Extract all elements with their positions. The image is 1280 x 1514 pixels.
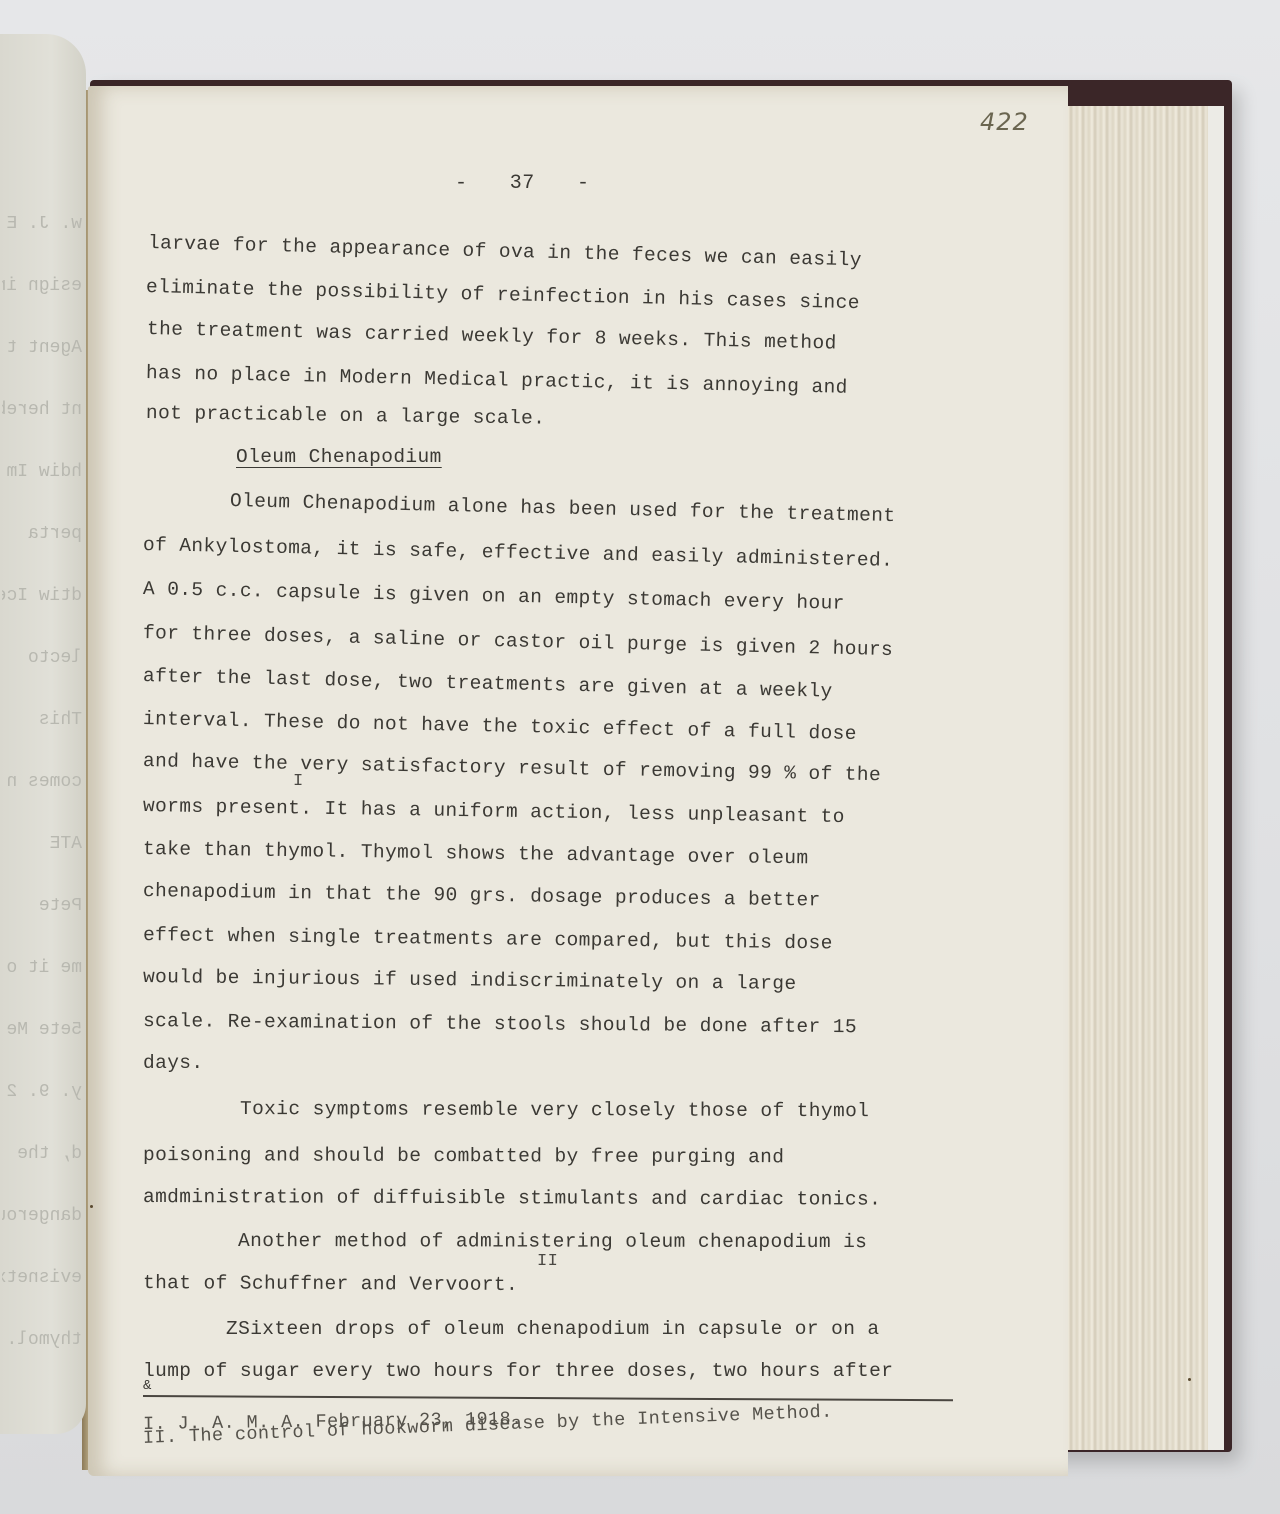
bleed-through-text: Pete [2,896,82,916]
text-line: poisoning and should be combatted by fre… [143,1144,784,1168]
handwritten-folio-number: 422 [980,108,1029,136]
bleed-through-text: comes n [2,772,82,792]
paper-speck [1188,1378,1191,1381]
bleed-through-text: This [2,710,82,730]
bleed-through-text: 5ete Me [2,1020,82,1040]
bleed-through-text: hdiw Im [2,462,82,482]
page-fore-edge [1050,106,1224,1450]
text-line: & [143,1378,152,1394]
footnote-marker-1: I [293,772,304,791]
bleed-through-text: nt hereb [2,400,82,420]
bleed-through-text: evisnetx [2,1268,82,1288]
text-line: that of Schuffner and Vervoort. [143,1272,518,1296]
bleed-through-text: thymol. [2,1330,82,1350]
bleed-through-text: ATE [2,834,82,854]
bleed-through-text: w. J. E. [2,214,82,234]
text-line: days. [143,1052,204,1074]
bleed-through-text: d, the [2,1144,82,1164]
text-line: Toxic symptoms resemble very closely tho… [240,1098,869,1122]
footnote-marker-2: II [537,1252,558,1271]
bleed-through-text: me it o [2,958,82,978]
bleed-through-text: dangerou [2,1206,82,1226]
bleed-through-text: lecto [2,648,82,668]
text-line: Another method of administering oleum ch… [238,1230,867,1253]
section-heading: Oleum Chenapodium [236,446,442,468]
text-line: amdministration of diffuisible stimulant… [143,1186,881,1211]
text-line: lump of sugar every two hours for three … [143,1360,893,1382]
bleed-through-text: esign in [2,276,82,296]
bleed-through-text: Agent t [2,338,82,358]
bleed-through-text: dtiw Ice [2,586,82,606]
page-number: - 37 - [455,172,589,195]
bleed-through-text: y. 9. 2 [2,1082,82,1102]
paper-speck [90,1205,93,1208]
left-facing-page: w. J. E.esign inAgent tnt herebhdiw Impe… [0,34,86,1434]
text-line: ZSixteen drops of oleum chenapodium in c… [226,1318,880,1340]
bleed-through-text: perta [2,524,82,544]
